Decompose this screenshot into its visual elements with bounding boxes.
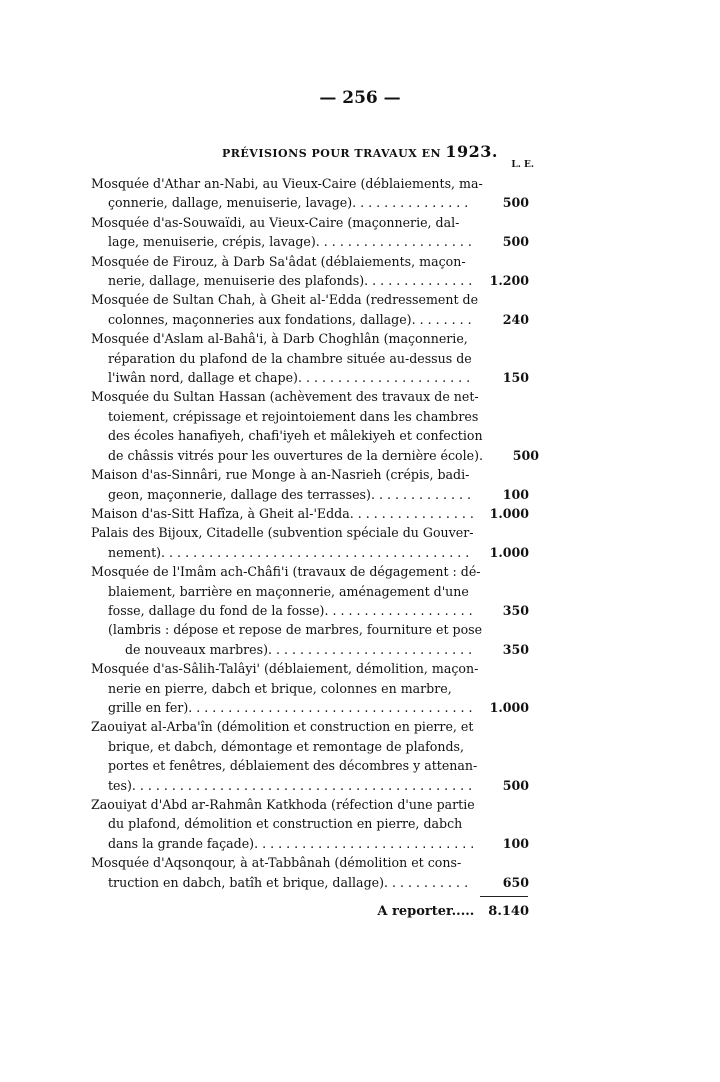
entry-line-final: geon, maçonnerie, dallage des terrasses)… <box>91 485 529 504</box>
leader-dots <box>254 834 473 853</box>
entry-line: portes et fenêtres, déblaiement des déco… <box>91 756 529 775</box>
entry-line: blaiement, barrière en maçonnerie, aména… <box>91 582 529 601</box>
entry-text: des écoles hanafiyeh, chafi'iyeh et mâle… <box>108 426 483 445</box>
budget-entry: Maison d'as-Sitt Hafîza, à Gheit al-'Edd… <box>91 504 529 523</box>
entry-line: Mosquée du Sultan Hassan (achèvement des… <box>91 387 529 406</box>
entry-amount: 650 <box>473 873 529 892</box>
sum-rule-divider <box>480 896 528 897</box>
entry-line: des écoles hanafiyeh, chafi'iyeh et mâle… <box>91 426 529 445</box>
carry-forward-total: A reporter..... 8.140 <box>91 904 529 919</box>
entry-text: nerie, dallage, menuiserie des plafonds) <box>108 271 364 290</box>
budget-entry: Mosquée d'as-Sâlih-Talâyi' (déblaiement,… <box>91 659 529 717</box>
entry-text: Mosquée d'Aslam al-Bahâ'i, à Darb Choghl… <box>91 329 468 348</box>
entry-text: Mosquée de Sultan Chah, à Gheit al-'Edda… <box>91 290 478 309</box>
budget-entry: Mosquée d'Aqsonqour, à at-Tabbânah (démo… <box>91 853 529 892</box>
entry-text: de châssis vitrés pour les ouvertures de… <box>108 446 483 465</box>
entry-text: Palais des Bijoux, Citadelle (subvention… <box>91 523 474 542</box>
entry-text: nement) <box>108 543 161 562</box>
budget-entry: Mosquée d'as-Souwaïdi, au Vieux-Caire (m… <box>91 213 529 252</box>
entry-amount: 500 <box>473 193 529 212</box>
entry-text: Mosquée de l'Imâm ach-Châfi'i (travaux d… <box>91 562 481 581</box>
leader-dots <box>298 368 473 387</box>
budget-entry: Mosquée du Sultan Hassan (achèvement des… <box>91 387 529 465</box>
entry-text: çonnerie, dallage, menuiserie, lavage) <box>108 193 352 212</box>
entry-line-final: dans la grande façade)100 <box>91 834 529 853</box>
entry-text: fosse, dallage du fond de la fosse) <box>108 601 324 620</box>
entry-text: (lambris : dépose et repose de marbres, … <box>108 620 482 639</box>
budget-entry: (lambris : dépose et repose de marbres, … <box>91 620 529 659</box>
entry-text: dans la grande façade) <box>108 834 254 853</box>
entry-line-final: fosse, dallage du fond de la fosse)350 <box>91 601 529 620</box>
entry-line: brique, et dabch, démontage et remontage… <box>91 737 529 756</box>
entry-line-final: de nouveaux marbres)350 <box>91 640 529 659</box>
budget-entry: Palais des Bijoux, Citadelle (subvention… <box>91 523 529 562</box>
budget-entry: Mosquée de Firouz, à Darb Sa'âdat (débla… <box>91 252 529 291</box>
entry-amount: 500 <box>473 776 529 795</box>
budget-entry: Zaouiyat d'Abd ar-Rahmân Katkhoda (réfec… <box>91 795 529 853</box>
entry-text: réparation du plafond de la chambre situ… <box>108 349 472 368</box>
entry-line-final: lage, menuiserie, crépis, lavage)500 <box>91 232 529 251</box>
carry-forward-amount: 8.140 <box>488 904 529 919</box>
budget-entries-list: Mosquée d'Athar an-Nabi, au Vieux-Caire … <box>91 174 529 892</box>
entry-line: Zaouiyat d'Abd ar-Rahmân Katkhoda (réfec… <box>91 795 529 814</box>
entry-text: lage, menuiserie, crépis, lavage) <box>108 232 316 251</box>
entry-text: truction en dabch, batîh et brique, dall… <box>108 873 384 892</box>
entry-line: Mosquée de l'Imâm ach-Châfi'i (travaux d… <box>91 562 529 581</box>
entry-line: Zaouiyat al-Arba'în (démolition et const… <box>91 717 529 736</box>
budget-entry: Mosquée de l'Imâm ach-Châfi'i (travaux d… <box>91 562 529 620</box>
entry-text: toiement, crépissage et rejointoiement d… <box>108 407 478 426</box>
leader-dots <box>188 698 473 717</box>
entry-amount: 1.200 <box>473 271 529 290</box>
entry-amount: 350 <box>473 640 529 659</box>
entry-line: réparation du plafond de la chambre situ… <box>91 349 529 368</box>
leader-dots <box>371 485 473 504</box>
entry-line: Mosquée d'Aqsonqour, à at-Tabbânah (démo… <box>91 853 529 872</box>
entry-line: Maison d'as-Sinnâri, rue Monge à an-Nasr… <box>91 465 529 484</box>
budget-entry: Maison d'as-Sinnâri, rue Monge à an-Nasr… <box>91 465 529 504</box>
budget-entry: Mosquée d'Athar an-Nabi, au Vieux-Caire … <box>91 174 529 213</box>
leader-dots <box>352 193 473 212</box>
entry-amount: 100 <box>473 834 529 853</box>
carry-forward-label: A reporter..... <box>377 904 474 919</box>
entry-amount: 150 <box>473 368 529 387</box>
entry-line: Mosquée d'as-Sâlih-Talâyi' (déblaiement,… <box>91 659 529 678</box>
entry-amount: 1.000 <box>473 698 529 717</box>
entry-text: Mosquée de Firouz, à Darb Sa'âdat (débla… <box>91 252 466 271</box>
entry-line-final: tes)500 <box>91 776 529 795</box>
entry-amount: 500 <box>483 446 539 465</box>
entry-line-final: nerie, dallage, menuiserie des plafonds)… <box>91 271 529 290</box>
leader-dots <box>316 232 473 251</box>
leader-dots <box>268 640 473 659</box>
entry-line-final: Maison d'as-Sitt Hafîza, à Gheit al-'Edd… <box>91 504 529 523</box>
entry-line-final: colonnes, maçonneries aux fondations, da… <box>91 310 529 329</box>
entry-text: Mosquée d'Aqsonqour, à at-Tabbânah (démo… <box>91 853 461 872</box>
entry-amount: 500 <box>473 232 529 251</box>
entry-text: Mosquée d'Athar an-Nabi, au Vieux-Caire … <box>91 174 483 193</box>
entry-line-final: de châssis vitrés pour les ouvertures de… <box>91 446 529 465</box>
entry-line-final: truction en dabch, batîh et brique, dall… <box>91 873 529 892</box>
leader-dots <box>412 310 473 329</box>
leader-dots <box>364 271 473 290</box>
entry-line-final: grille en fer)1.000 <box>91 698 529 717</box>
entry-text: du plafond, démolition et construction e… <box>108 814 462 833</box>
entry-line-final: çonnerie, dallage, menuiserie, lavage)50… <box>91 193 529 212</box>
entry-amount: 1.000 <box>473 543 529 562</box>
leader-dots <box>161 543 473 562</box>
currency-label: L. E. <box>494 160 534 170</box>
entry-text: colonnes, maçonneries aux fondations, da… <box>108 310 412 329</box>
entry-text: nerie en pierre, dabch et brique, colonn… <box>108 679 452 698</box>
entry-text: Mosquée du Sultan Hassan (achèvement des… <box>91 387 479 406</box>
entry-amount: 1.000 <box>473 504 529 523</box>
leader-dots <box>384 873 473 892</box>
heading-year: 1923. <box>445 142 498 161</box>
leader-dots <box>324 601 473 620</box>
entry-text: portes et fenêtres, déblaiement des déco… <box>108 756 477 775</box>
entry-amount: 240 <box>473 310 529 329</box>
leader-dots <box>350 504 473 523</box>
entry-text: brique, et dabch, démontage et remontage… <box>108 737 464 756</box>
entry-text: Zaouiyat al-Arba'în (démolition et const… <box>91 717 473 736</box>
entry-amount: 100 <box>473 485 529 504</box>
entry-line: Mosquée d'as-Souwaïdi, au Vieux-Caire (m… <box>91 213 529 232</box>
entry-line: du plafond, démolition et construction e… <box>91 814 529 833</box>
entry-text: Maison d'as-Sitt Hafîza, à Gheit al-'Edd… <box>91 504 350 523</box>
heading-text: PRÉVISIONS POUR TRAVAUX EN <box>222 147 445 160</box>
entry-text: grille en fer) <box>108 698 188 717</box>
entry-line: toiement, crépissage et rejointoiement d… <box>91 407 529 426</box>
budget-entry: Mosquée d'Aslam al-Bahâ'i, à Darb Choghl… <box>91 329 529 387</box>
entry-line-final: nement)1.000 <box>91 543 529 562</box>
budget-entry: Zaouiyat al-Arba'în (démolition et const… <box>91 717 529 795</box>
entry-text: tes) <box>108 776 132 795</box>
entry-text: Maison d'as-Sinnâri, rue Monge à an-Nasr… <box>91 465 469 484</box>
entry-text: Mosquée d'as-Sâlih-Talâyi' (déblaiement,… <box>91 659 478 678</box>
section-heading: PRÉVISIONS POUR TRAVAUX EN 1923. <box>0 142 720 161</box>
entry-line: (lambris : dépose et repose de marbres, … <box>91 620 529 639</box>
entry-amount: 350 <box>473 601 529 620</box>
entry-line: Mosquée d'Athar an-Nabi, au Vieux-Caire … <box>91 174 529 193</box>
budget-entry: Mosquée de Sultan Chah, à Gheit al-'Edda… <box>91 290 529 329</box>
entry-text: blaiement, barrière en maçonnerie, aména… <box>108 582 469 601</box>
entry-line: nerie en pierre, dabch et brique, colonn… <box>91 679 529 698</box>
page-number: — 256 — <box>0 88 720 108</box>
entry-line: Mosquée de Firouz, à Darb Sa'âdat (débla… <box>91 252 529 271</box>
entry-line-final: l'iwân nord, dallage et chape)150 <box>91 368 529 387</box>
entry-line: Mosquée d'Aslam al-Bahâ'i, à Darb Choghl… <box>91 329 529 348</box>
leader-dots <box>132 776 473 795</box>
entry-text: de nouveaux marbres) <box>125 640 268 659</box>
entry-text: Zaouiyat d'Abd ar-Rahmân Katkhoda (réfec… <box>91 795 475 814</box>
entry-text: Mosquée d'as-Souwaïdi, au Vieux-Caire (m… <box>91 213 459 232</box>
entry-line: Mosquée de Sultan Chah, à Gheit al-'Edda… <box>91 290 529 309</box>
entry-text: l'iwân nord, dallage et chape) <box>108 368 298 387</box>
entry-line: Palais des Bijoux, Citadelle (subvention… <box>91 523 529 542</box>
entry-text: geon, maçonnerie, dallage des terrasses) <box>108 485 371 504</box>
